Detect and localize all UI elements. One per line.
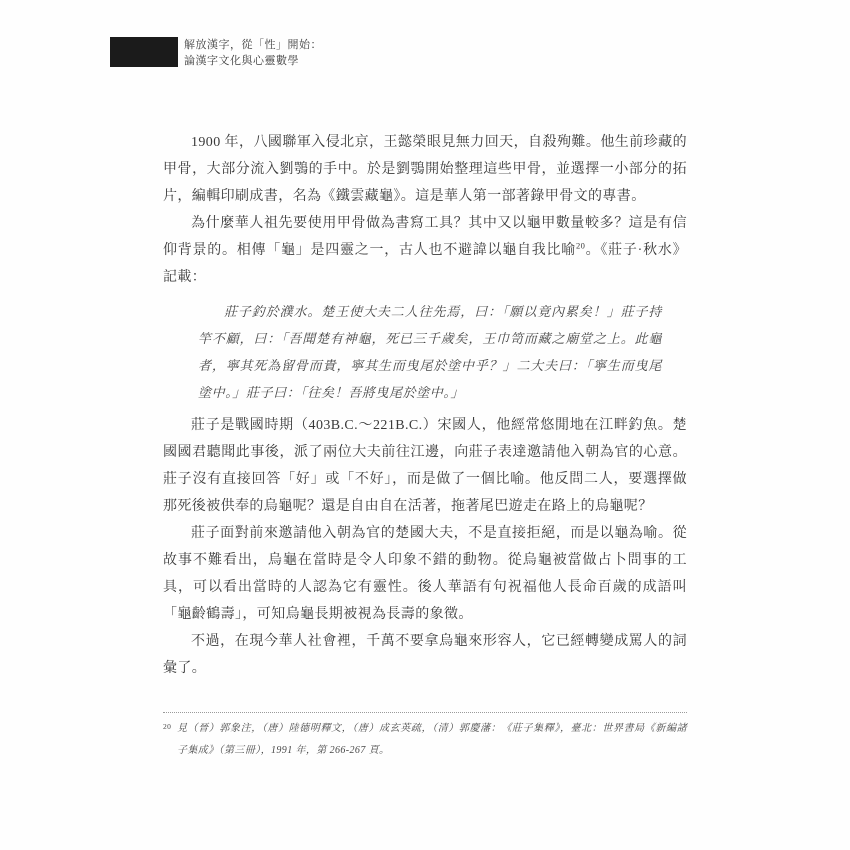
footnote-area: 20見（晉）郭象注，（唐）陸德明釋文，（唐）成玄英疏，（清）郭慶藩：《莊子集釋》…: [163, 712, 687, 761]
paragraph-zhuangzi-story: 莊子是戰國時期（403B.C.～221B.C.）宋國人，他經常悠閒地在江畔釣魚。…: [163, 413, 687, 521]
running-head: 解放漢字，從「性」開始： 論漢字文化與心靈數學: [110, 37, 322, 69]
main-text-block: 1900 年，八國聯軍入侵北京，王懿榮眼見無力回天，自殺殉難。他生前珍藏的甲骨，…: [163, 130, 687, 683]
publisher-logo-block: [110, 37, 178, 67]
footnote-20-marker: 20: [163, 716, 171, 738]
book-page: 解放漢字，從「性」開始： 論漢字文化與心靈數學 1900 年，八國聯軍入侵北京，…: [0, 0, 850, 850]
footnote-20: 20見（晉）郭象注，（唐）陸德明釋文，（唐）成玄英疏，（清）郭慶藩：《莊子集釋》…: [163, 718, 687, 761]
running-head-line2: 論漢字文化與心靈數學: [184, 54, 322, 70]
paragraph-oracle-bones: 1900 年，八國聯軍入侵北京，王懿榮眼見無力回天，自殺殉難。他生前珍藏的甲骨，…: [163, 130, 687, 211]
footnote-reference-20: 20: [576, 240, 585, 250]
paragraph-turtle-metaphor: 莊子面對前來邀請他入朝為官的楚國大夫，不是直接拒絕，而是以龜為喻。從故事不難看出…: [163, 521, 687, 629]
running-head-title: 解放漢字，從「性」開始： 論漢字文化與心靈數學: [184, 37, 322, 69]
running-head-line1: 解放漢字，從「性」開始：: [184, 38, 322, 54]
footnote-20-text: 見（晉）郭象注，（唐）陸德明釋文，（唐）成玄英疏，（清）郭慶藩：《莊子集釋》，臺…: [177, 723, 687, 756]
paragraph-modern-usage: 不過，在現今華人社會裡，千萬不要拿烏龜來形容人，它已經轉變成罵人的詞彙了。: [163, 629, 687, 683]
paragraph-turtle-belief: 為什麼華人祖先要使用甲骨做為書寫工具？其中又以龜甲數量較多？這是有信仰背景的。相…: [163, 211, 687, 292]
zhuangzi-quote: 莊子釣於濮水。楚王使大夫二人往先焉，曰：「願以竟內累矣！」莊子持竿不顧，曰：「吾…: [198, 298, 662, 406]
